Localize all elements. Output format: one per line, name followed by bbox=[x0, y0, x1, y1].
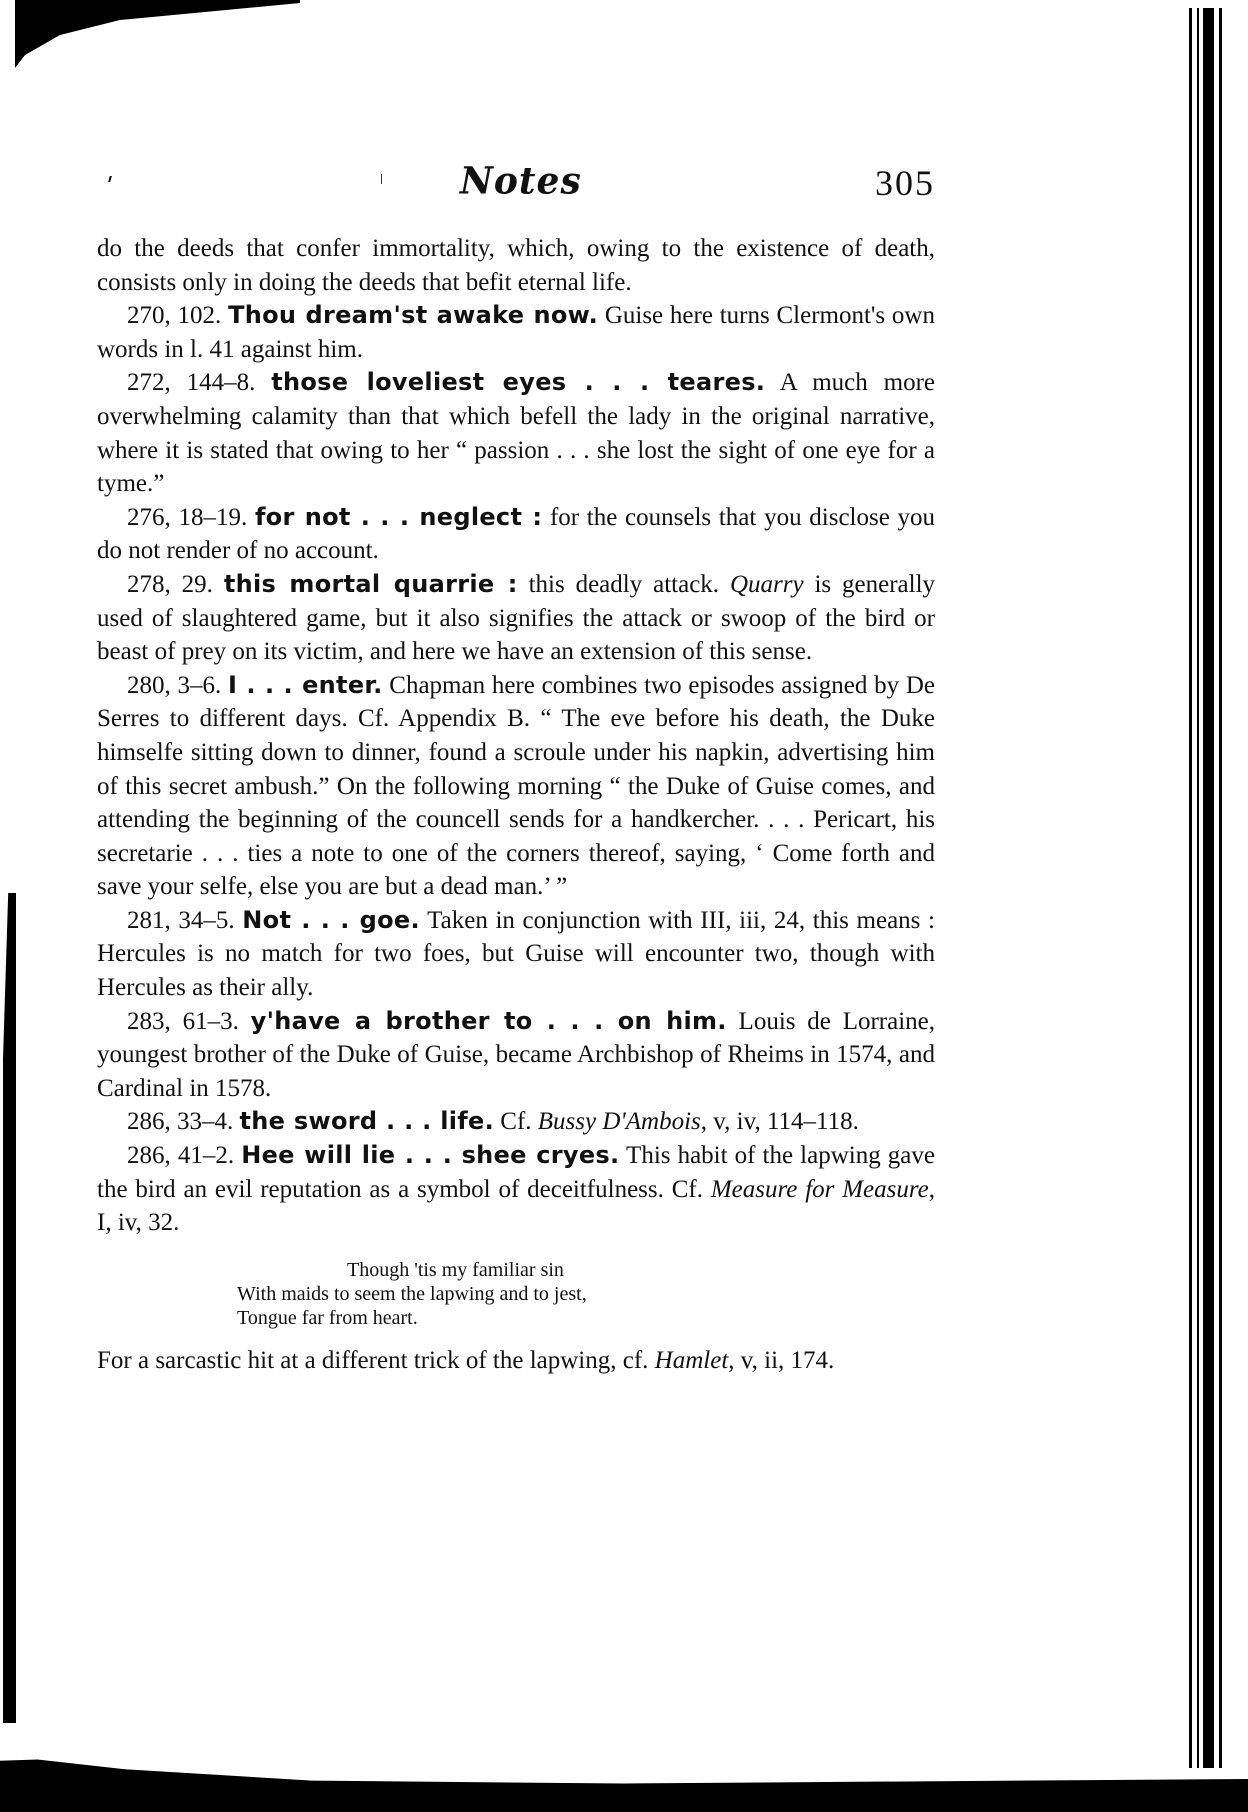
note-lines: 144–8. bbox=[187, 369, 256, 396]
continuation-paragraph: do the deeds that confer immortality, wh… bbox=[97, 232, 935, 299]
note-ref: 283, bbox=[127, 1008, 171, 1035]
note-lines: 34–5. bbox=[178, 907, 234, 934]
note-ref: 278, bbox=[127, 571, 171, 598]
note-ref: 286, bbox=[127, 1142, 171, 1169]
note-276: 276, 18–19. for not . . . neglect : for … bbox=[97, 501, 935, 568]
note-lemma: for not . . . neglect : bbox=[255, 503, 542, 531]
note-lemma: Thou dream'st awake now. bbox=[228, 301, 598, 329]
note-lines: 102. bbox=[178, 302, 222, 329]
note-272: 272, 144–8. those loveliest eyes . . . t… bbox=[97, 366, 935, 500]
note-283: 283, 61–3. y'have a brother to . . . on … bbox=[97, 1005, 935, 1106]
note-italic-title: Measure for Measure bbox=[711, 1176, 929, 1203]
scan-shadow-left-edge bbox=[3, 893, 16, 1723]
closing-italic-title: Hamlet bbox=[655, 1347, 729, 1374]
note-lines: 29. bbox=[182, 571, 213, 598]
note-ref: 276, bbox=[127, 504, 171, 531]
verse-quotation: Though 'tis my familiar sin With maids t… bbox=[237, 1258, 935, 1330]
page-body: do the deeds that confer immortality, wh… bbox=[97, 232, 935, 1377]
note-lemma: I . . . enter. bbox=[228, 671, 383, 699]
note-lemma: Not . . . goe. bbox=[242, 906, 420, 934]
stray-mark bbox=[381, 174, 382, 184]
closing-text: , v, ii, 174. bbox=[728, 1347, 834, 1374]
book-binding-edge bbox=[1185, 8, 1225, 1768]
scan-shadow-bottom-edge bbox=[0, 1755, 1248, 1812]
note-ref: 280, bbox=[127, 672, 171, 699]
closing-text: For a sarcastic hit at a different trick… bbox=[97, 1347, 648, 1374]
note-italic-title: Bussy D'Ambois bbox=[538, 1108, 701, 1135]
note-text: this deadly attack. bbox=[529, 571, 719, 598]
note-lemma: the sword . . . life. bbox=[240, 1107, 495, 1135]
note-270: 270, 102. Thou dream'st awake now. Guise… bbox=[97, 299, 935, 366]
note-lemma: this mortal quarrie : bbox=[224, 570, 518, 598]
note-286-b: 286, 41–2. Hee will lie . . . shee cryes… bbox=[97, 1139, 935, 1240]
note-italic-term: Quarry bbox=[730, 571, 804, 598]
note-ref: 286, bbox=[127, 1108, 171, 1135]
note-286-a: 286, 33–4. the sword . . . life. Cf. Bus… bbox=[97, 1105, 935, 1139]
note-ref: 272, bbox=[127, 369, 171, 396]
stray-mark bbox=[108, 176, 112, 182]
note-text: , v, iv, 114–118. bbox=[701, 1108, 859, 1135]
page-header: Notes 305 bbox=[95, 160, 935, 210]
verse-line: Though 'tis my familiar sin bbox=[237, 1258, 935, 1282]
verse-line: Tongue far from heart. bbox=[237, 1306, 935, 1330]
closing-paragraph: For a sarcastic hit at a different trick… bbox=[97, 1344, 935, 1378]
note-lines: 61–3. bbox=[183, 1008, 239, 1035]
note-lines: 41–2. bbox=[178, 1142, 234, 1169]
note-lines: 3–6. bbox=[178, 672, 222, 699]
note-text: Chapman here combines two episodes assig… bbox=[97, 672, 935, 901]
note-ref: 281, bbox=[127, 907, 171, 934]
note-lines: 33–4. bbox=[177, 1108, 233, 1135]
note-text: Cf. bbox=[500, 1108, 531, 1135]
note-lemma: Hee will lie . . . shee cryes. bbox=[241, 1141, 619, 1169]
note-ref: 270, bbox=[127, 302, 171, 329]
running-title: Notes bbox=[460, 159, 580, 203]
note-280: 280, 3–6. I . . . enter. Chapman here co… bbox=[97, 669, 935, 904]
scan-shadow-top-left bbox=[0, 0, 300, 70]
note-lines: 18–19. bbox=[178, 504, 247, 531]
note-278: 278, 29. this mortal quarrie : this dead… bbox=[97, 568, 935, 669]
note-lemma: y'have a brother to . . . on him. bbox=[251, 1007, 727, 1035]
note-281: 281, 34–5. Not . . . goe. Taken in conju… bbox=[97, 904, 935, 1005]
page-number: 305 bbox=[875, 162, 935, 204]
verse-line: With maids to seem the lapwing and to je… bbox=[237, 1282, 935, 1306]
note-lemma: those loveliest eyes . . . teares. bbox=[271, 368, 765, 396]
